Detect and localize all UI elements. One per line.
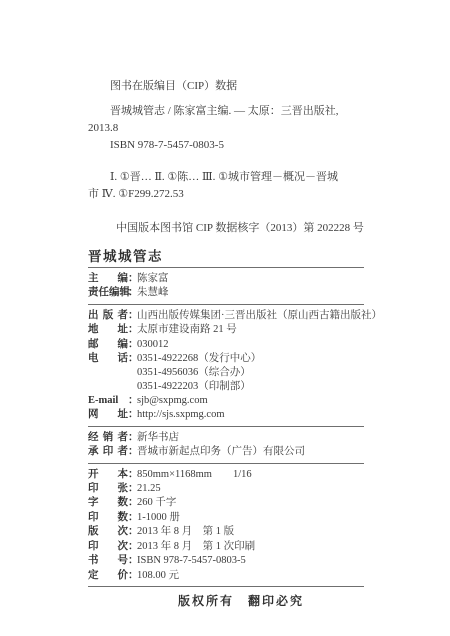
row-colon: ：: [128, 525, 137, 539]
row-colon: ：: [128, 482, 137, 496]
colophon-row: 网 址：http://sjs.sxpmg.com: [88, 408, 364, 422]
copyright-notice: 版权所有 翻印必究: [88, 592, 364, 609]
row-colon: ：: [128, 496, 137, 510]
colophon-row: 出 版 者：山西出版传媒集团·三晋出版社（原山西古籍出版社）: [88, 309, 364, 323]
row-value: 030012: [137, 338, 169, 352]
row-value: 陈家富: [137, 272, 169, 286]
colophon-group: 主 编：陈家富责任编辑：朱慧峰: [88, 271, 364, 302]
row-value: 1-1000 册: [137, 511, 180, 525]
cip-line: 晋城城管志 / 陈家富主编. — 太原：三晋出版社,: [88, 103, 364, 120]
colophon-row: 主 编：陈家富: [88, 272, 364, 286]
row-colon: ：: [128, 540, 137, 554]
row-label: 邮 编: [88, 338, 128, 352]
row-label: 开 本: [88, 468, 128, 482]
colophon-row: 邮 编：030012: [88, 338, 364, 352]
row-value-continuation: 0351-4956036（综合办）: [88, 366, 364, 380]
row-label: 电 话: [88, 352, 128, 366]
cip-line: 市 Ⅳ. ①F299.272.53: [88, 186, 364, 203]
row-label: 经 销 者: [88, 431, 128, 445]
row-value-continuation: 0351-4922203（印制部）: [88, 380, 364, 394]
row-label: 责任编辑: [88, 286, 128, 300]
row-label: 主 编: [88, 272, 128, 286]
book-copyright-page: 图书在版编目（CIP）数据 晋城城管志 / 陈家富主编. — 太原：三晋出版社,…: [0, 0, 450, 636]
row-label: 承 印 者: [88, 445, 128, 459]
row-value: 260 千字: [137, 496, 176, 510]
colophon-row: 承 印 者：晋城市新起点印务（广告）有限公司: [88, 445, 364, 459]
row-value: 2013 年 8 月 第 1 版: [137, 525, 234, 539]
row-label: E-mail: [88, 394, 128, 408]
colophon-group: 开 本：850mm×1168mm 1/16印 张：21.25字 数：260 千字…: [88, 467, 364, 584]
cip-line: 2013.8: [88, 120, 364, 137]
row-value: http://sjs.sxpmg.com: [137, 408, 225, 422]
colophon-group: 出 版 者：山西出版传媒集团·三晋出版社（原山西古籍出版社）地 址：太原市建设南…: [88, 308, 364, 424]
cip-line: ISBN 978-7-5457-0803-5: [88, 137, 364, 154]
row-value: 0351-4922268（发行中心）: [137, 352, 261, 366]
cip-description-lines: 晋城城管志 / 陈家富主编. — 太原：三晋出版社,2013.8ISBN 978…: [88, 103, 364, 203]
row-value: 朱慧峰: [137, 286, 169, 300]
colophon-row: 印 次：2013 年 8 月 第 1 次印刷: [88, 540, 364, 554]
colophon-row: E-mail：sjb@sxpmg.com: [88, 394, 364, 408]
row-colon: ：: [128, 569, 137, 583]
row-label: 定 价: [88, 569, 128, 583]
row-value: 108.00 元: [137, 569, 179, 583]
cip-header: 图书在版编目（CIP）数据: [88, 78, 364, 95]
row-colon: ：: [128, 408, 137, 422]
row-colon: ：: [128, 511, 137, 525]
colophon-row: 电 话：0351-4922268（发行中心）: [88, 352, 364, 366]
row-label: 印 次: [88, 540, 128, 554]
colophon-block: 晋城城管志 主 编：陈家富责任编辑：朱慧峰出 版 者：山西出版传媒集团·三晋出版…: [88, 249, 364, 609]
colophon-row: 字 数：260 千字: [88, 496, 364, 510]
row-colon: ：: [128, 431, 137, 445]
divider: [88, 586, 364, 587]
colophon-row: 版 次：2013 年 8 月 第 1 版: [88, 525, 364, 539]
row-colon: ：: [128, 445, 137, 459]
row-value: 2013 年 8 月 第 1 次印刷: [137, 540, 255, 554]
colophon-row: 印 数：1-1000 册: [88, 511, 364, 525]
row-label: 出 版 者: [88, 309, 128, 323]
colophon-row: 经 销 者：新华书店: [88, 431, 364, 445]
colophon-row: 地 址：太原市建设南路 21 号: [88, 323, 364, 337]
divider: [88, 426, 364, 427]
row-colon: ：: [128, 338, 137, 352]
row-label: 版 次: [88, 525, 128, 539]
divider: [88, 304, 364, 305]
colophon-row: 书 号：ISBN 978-7-5457-0803-5: [88, 554, 364, 568]
colophon-row: 开 本：850mm×1168mm 1/16: [88, 468, 364, 482]
cip-line: Ⅰ. ①晋… Ⅱ. ①陈… Ⅲ. ①城市管理－概况－晋城: [88, 169, 364, 186]
cip-record-number: 中国版本图书馆 CIP 数据核字（2013）第 202228 号: [88, 220, 364, 237]
colophon-groups: 主 编：陈家富责任编辑：朱慧峰出 版 者：山西出版传媒集团·三晋出版社（原山西古…: [88, 271, 364, 587]
row-value: 太原市建设南路 21 号: [137, 323, 237, 337]
row-value: 新华书店: [137, 431, 179, 445]
row-label: 书 号: [88, 554, 128, 568]
divider: [88, 463, 364, 464]
row-value: 山西出版传媒集团·三晋出版社（原山西古籍出版社）: [137, 309, 382, 323]
row-label: 地 址: [88, 323, 128, 337]
divider: [88, 267, 364, 268]
row-colon: ：: [128, 554, 137, 568]
colophon-group: 经 销 者：新华书店承 印 者：晋城市新起点印务（广告）有限公司: [88, 430, 364, 461]
row-label: 字 数: [88, 496, 128, 510]
row-colon: ：: [128, 272, 137, 286]
row-colon: ：: [128, 394, 137, 408]
row-value: ISBN 978-7-5457-0803-5: [137, 554, 246, 568]
row-label: 网 址: [88, 408, 128, 422]
colophon-row: 定 价：108.00 元: [88, 569, 364, 583]
row-colon: ：: [128, 352, 137, 366]
row-colon: ：: [128, 309, 137, 323]
cip-block: 图书在版编目（CIP）数据 晋城城管志 / 陈家富主编. — 太原：三晋出版社,…: [88, 78, 364, 237]
row-value: 850mm×1168mm 1/16: [137, 468, 252, 482]
row-label: 印 张: [88, 482, 128, 496]
row-colon: ：: [128, 468, 137, 482]
row-value: sjb@sxpmg.com: [137, 394, 208, 408]
book-title: 晋城城管志: [88, 249, 364, 265]
row-colon: ：: [128, 286, 137, 300]
row-value: 21.25: [137, 482, 161, 496]
colophon-row: 印 张：21.25: [88, 482, 364, 496]
colophon-row: 责任编辑：朱慧峰: [88, 286, 364, 300]
row-colon: ：: [128, 323, 137, 337]
row-value: 晋城市新起点印务（广告）有限公司: [137, 445, 305, 459]
row-label: 印 数: [88, 511, 128, 525]
